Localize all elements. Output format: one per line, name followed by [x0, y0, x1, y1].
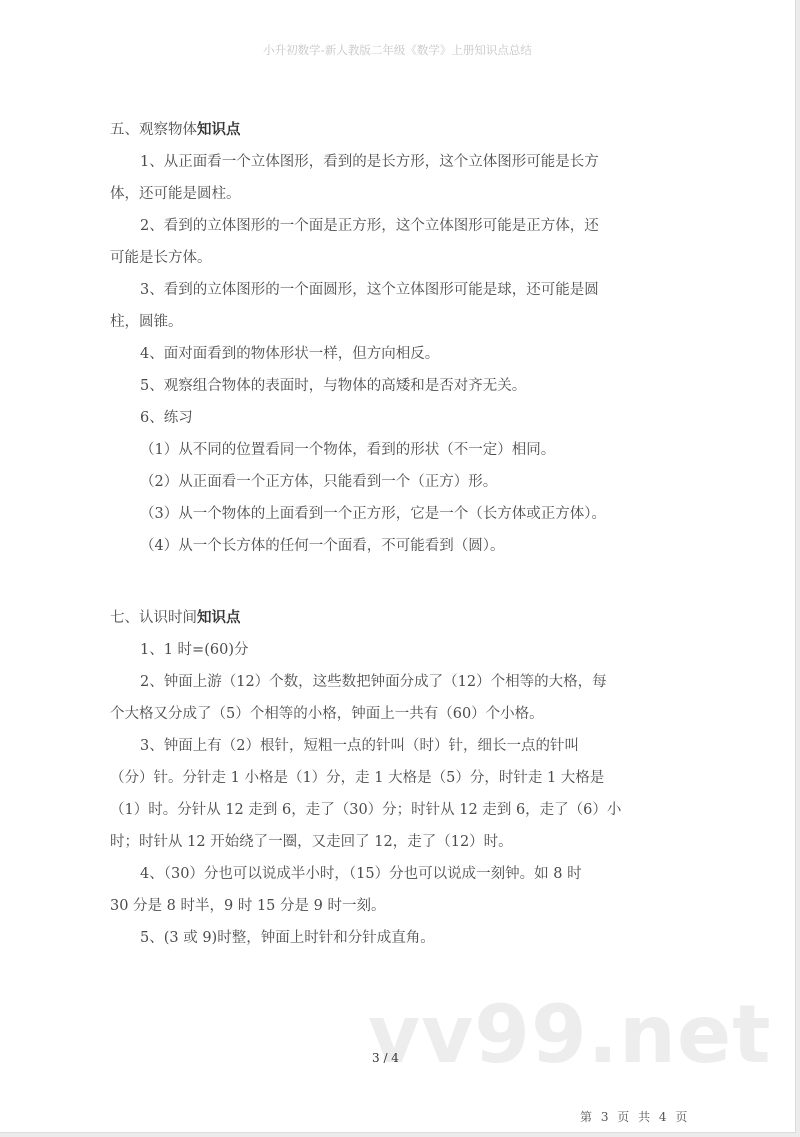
- paragraph-line: 4、（30）分也可以说成半小时，（15）分也可以说成一刻钟。如 8 时: [110, 863, 670, 895]
- exercise-line: （3）从一个物体的上面看到一个正方形，它是一个（长方体或正方体）。: [110, 503, 670, 535]
- paragraph-line: 3、钟面上有（2）根针，短粗一点的针叫（时）针，细长一点的针叫: [110, 735, 670, 767]
- paragraph-line: 1、从正面看一个立体图形，看到的是长方形，这个立体图形可能是长方: [110, 151, 670, 183]
- section-heading-bold: 知识点: [197, 610, 241, 626]
- paragraph-line: 3、看到的立体图形的一个面圆形，这个立体图形可能是球，还可能是圆: [110, 279, 670, 311]
- paragraph-line: 体，还可能是圆柱。: [110, 183, 670, 215]
- paragraph-line: 2、看到的立体图形的一个面是正方形，这个立体图形可能是正方体，还: [110, 215, 670, 247]
- paragraph-line: 2、钟面上游（12）个数，这些数把钟面分成了（12）个相等的大格，每: [110, 671, 670, 703]
- exercise-line: （1）从不同的位置看同一个物体，看到的形状（不一定）相同。: [110, 439, 670, 471]
- section-heading-observe-objects: 五、观察物体知识点: [110, 119, 670, 151]
- section-gap: [110, 567, 670, 607]
- paragraph-line: 5、(3 或 9)时整，钟面上时针和分针成直角。: [110, 927, 670, 959]
- watermark: vv99.net: [368, 990, 771, 1080]
- page-content: 五、观察物体知识点 1、从正面看一个立体图形，看到的是长方形，这个立体图形可能是…: [110, 119, 670, 959]
- paragraph-line: 可能是长方体。: [110, 247, 670, 279]
- paragraph-line: 时；时针从 12 开始绕了一圈，又走回了 12，走了（12）时。: [110, 831, 670, 863]
- page-footer: 第 3 页 共 4 页: [580, 1108, 688, 1125]
- paragraph-line: （1）时。分针从 12 走到 6，走了（30）分；时针从 12 走到 6，走了（…: [110, 799, 670, 831]
- paragraph-line: 30 分是 8 时半，9 时 15 分是 9 时一刻。: [110, 895, 670, 927]
- exercise-line: （4）从一个长方体的任何一个面看，不可能看到（圆）。: [110, 535, 670, 567]
- page-number: 3 / 4: [372, 1051, 399, 1065]
- section-heading-prefix: 五、观察物体: [110, 122, 197, 138]
- paragraph-line: 4、面对面看到的物体形状一样，但方向相反。: [110, 343, 670, 375]
- paragraph-line: 1、1 时=(60)分: [110, 639, 670, 671]
- paragraph-line: 6、练习: [110, 407, 670, 439]
- document-page: 小升初数学-新人教版二年级《数学》上册知识点总结 五、观察物体知识点 1、从正面…: [0, 0, 796, 1133]
- paragraph-line: 5、观察组合物体的表面时，与物体的高矮和是否对齐无关。: [110, 375, 670, 407]
- paragraph-line: 柱，圆锥。: [110, 311, 670, 343]
- paragraph-line: 个大格又分成了（5）个相等的小格，钟面上一共有（60）个小格。: [110, 703, 670, 735]
- paragraph-line: （分）针。分针走 1 小格是（1）分，走 1 大格是（5）分，时针走 1 大格是: [110, 767, 670, 799]
- section-heading-bold: 知识点: [197, 122, 241, 138]
- section-heading-prefix: 七、认识时间: [110, 610, 197, 626]
- exercise-line: （2）从正面看一个正方体，只能看到一个（正方）形。: [110, 471, 670, 503]
- page-header: 小升初数学-新人教版二年级《数学》上册知识点总结: [0, 42, 795, 58]
- section-heading-telling-time: 七、认识时间知识点: [110, 607, 670, 639]
